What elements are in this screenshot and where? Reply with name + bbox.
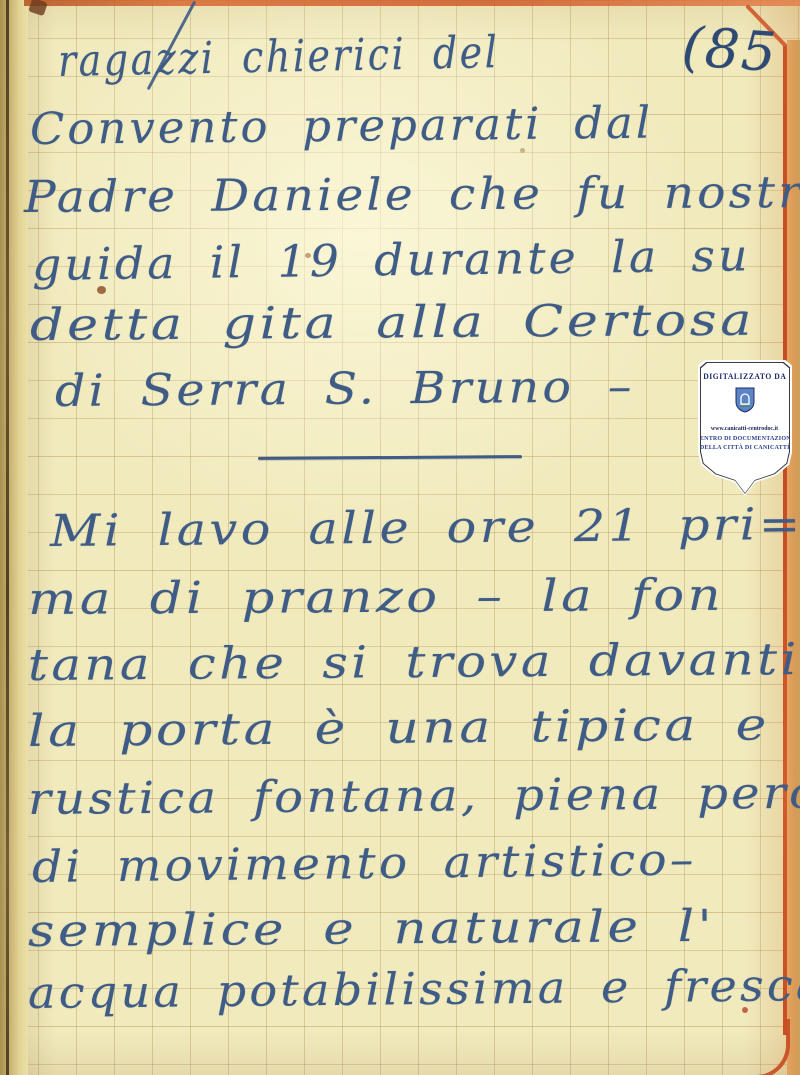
manuscript-line: guida il 19 durante la su	[32, 230, 751, 291]
manuscript-line: rustica fontana, piena però	[28, 768, 800, 825]
manuscript-line: tana che si trova davanti	[28, 634, 800, 691]
manuscript-line: Padre Daniele che fu nostra	[24, 167, 800, 223]
left-binding-crease	[6, 0, 9, 1075]
digitization-stamp: DIGITALIZZATO DA www.canicatti-centrodoc…	[698, 360, 792, 496]
manuscript-line: la porta è una tipica e	[28, 699, 770, 757]
manuscript-line: di movimento artistico–	[32, 834, 697, 893]
manuscript-line: Mi lavo alle ore 21 pri=	[50, 499, 800, 557]
page-number: (85	[680, 15, 780, 85]
stamp-org-line2: DELLA CITTÀ DI CANICATTÌ	[700, 444, 790, 451]
manuscript-line: acqua potabilissima e fresca	[28, 960, 800, 1019]
stamp-website: www.canicatti-centrodoc.it	[711, 425, 778, 432]
manuscript-line: di Serra S. Bruno –	[55, 361, 635, 417]
top-page-edge	[24, 0, 800, 6]
left-binding-strip	[0, 0, 28, 1075]
scanned-diary-page: (85 ragazzi chierici del Convento prepar…	[0, 0, 800, 1075]
stamp-header-text: DIGITALIZZATO DA	[703, 372, 786, 381]
manuscript-line: ragazzi chierici del	[58, 27, 500, 87]
manuscript-line: detta gita alla Certosa	[30, 295, 756, 351]
manuscript-line: semplice e naturale l'	[28, 901, 716, 957]
manuscript-line: Convento preparati dal	[30, 98, 654, 155]
canicatti-crest-icon	[735, 387, 755, 418]
stamp-org-line1: CENTRO DI DOCUMENTAZIONE	[695, 435, 795, 442]
manuscript-line: ma di pranzo – la fon	[28, 570, 724, 625]
